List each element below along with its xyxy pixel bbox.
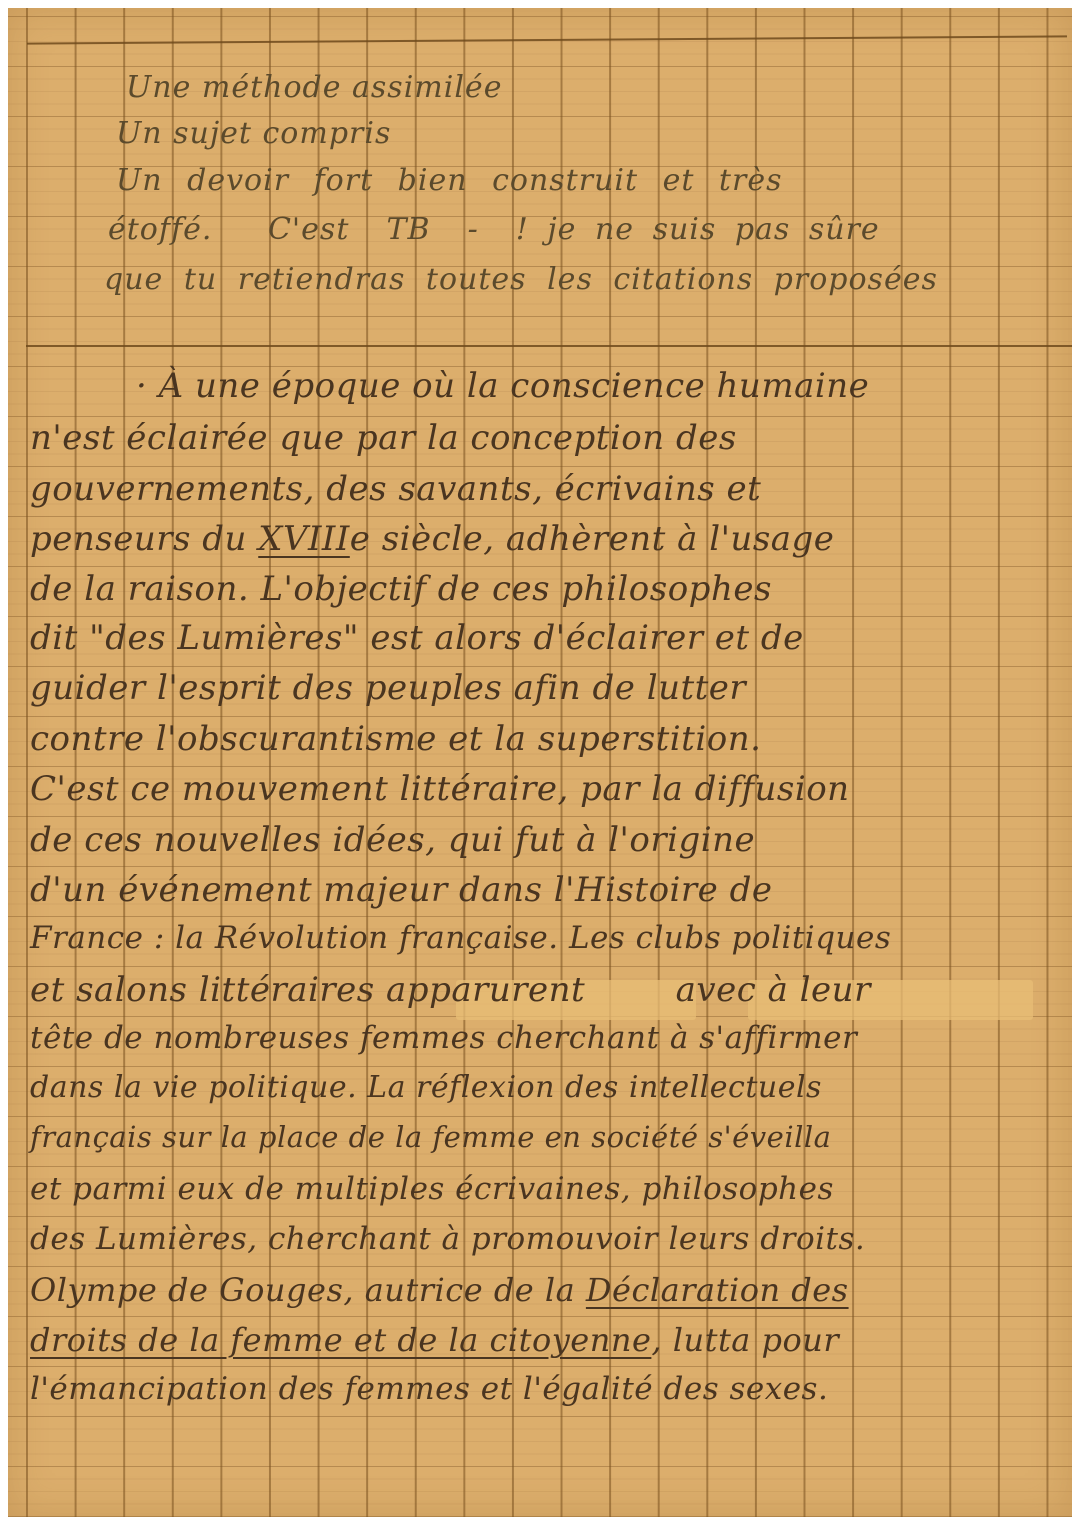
essay-line: et parmi eux de multiples écrivaines, ph… xyxy=(30,1171,834,1207)
declaration-title-part2: droits de la femme et de la citoyenne xyxy=(30,1321,651,1359)
essay-text: e siècle, adhèrent à l'usage xyxy=(350,519,835,559)
essay-line: n'est éclairée que par la conception des xyxy=(30,418,737,458)
essay-line: dans la vie politique. La réflexion des … xyxy=(30,1070,822,1105)
essay-line: français sur la place de la femme en soc… xyxy=(30,1120,831,1154)
essay-line: Olympe de Gouges, autrice de la Déclarat… xyxy=(30,1271,849,1309)
essay-text: penseurs du xyxy=(30,519,258,559)
comment-line-5: que tu retiendras toutes les citations p… xyxy=(104,262,938,297)
essay-line: d'un événement majeur dans l'Histoire de xyxy=(30,870,773,910)
essay-line: gouvernements, des savants, écrivains et xyxy=(30,469,761,509)
essay-line: guider l'esprit des peuples afin de lutt… xyxy=(30,668,746,708)
notebook-page: Une méthode assimilée Un sujet compris U… xyxy=(8,8,1072,1517)
essay-line: C'est ce mouvement littéraire, par la di… xyxy=(30,769,850,809)
essay-line: dit "des Lumières" est alors d'éclairer … xyxy=(30,618,804,658)
top-margin-rule xyxy=(27,35,1067,44)
comment-line-3: Un devoir fort bien construit et très xyxy=(116,163,782,198)
essay-line: contre l'obscurantisme et la superstitio… xyxy=(30,719,761,759)
essay-line: de ces nouvelles idées, qui fut à l'orig… xyxy=(30,820,755,860)
essay-line: France : la Révolution française. Les cl… xyxy=(30,920,891,956)
essay-line: tête de nombreuses femmes cherchant à s'… xyxy=(30,1020,857,1056)
essay-line: droits de la femme et de la citoyenne, l… xyxy=(30,1321,839,1359)
essay-line: des Lumières, cherchant à promouvoir leu… xyxy=(30,1221,865,1257)
essay-text: Olympe de Gouges, autrice de la xyxy=(30,1271,586,1309)
essay-line: l'émancipation des femmes et l'égalité d… xyxy=(30,1371,828,1407)
declaration-title-part1: Déclaration des xyxy=(586,1271,849,1309)
century-underlined: XVIII xyxy=(258,519,350,559)
comment-line-2: Un sujet compris xyxy=(116,116,391,151)
essay-text: , lutta pour xyxy=(651,1321,839,1359)
essay-line: penseurs du XVIIIe siècle, adhèrent à l'… xyxy=(30,519,834,559)
comment-separator-rule xyxy=(26,345,1072,347)
comment-line-1: Une méthode assimilée xyxy=(126,70,502,105)
comment-line-4: étoffé. C'est TB - ! je ne suis pas sûre xyxy=(108,212,880,247)
essay-line: et salons littéraires apparurent avec à … xyxy=(30,970,871,1010)
essay-line: · À une époque où la conscience humaine xyxy=(136,366,869,406)
essay-line: de la raison. L'objectif de ces philosop… xyxy=(30,569,772,609)
